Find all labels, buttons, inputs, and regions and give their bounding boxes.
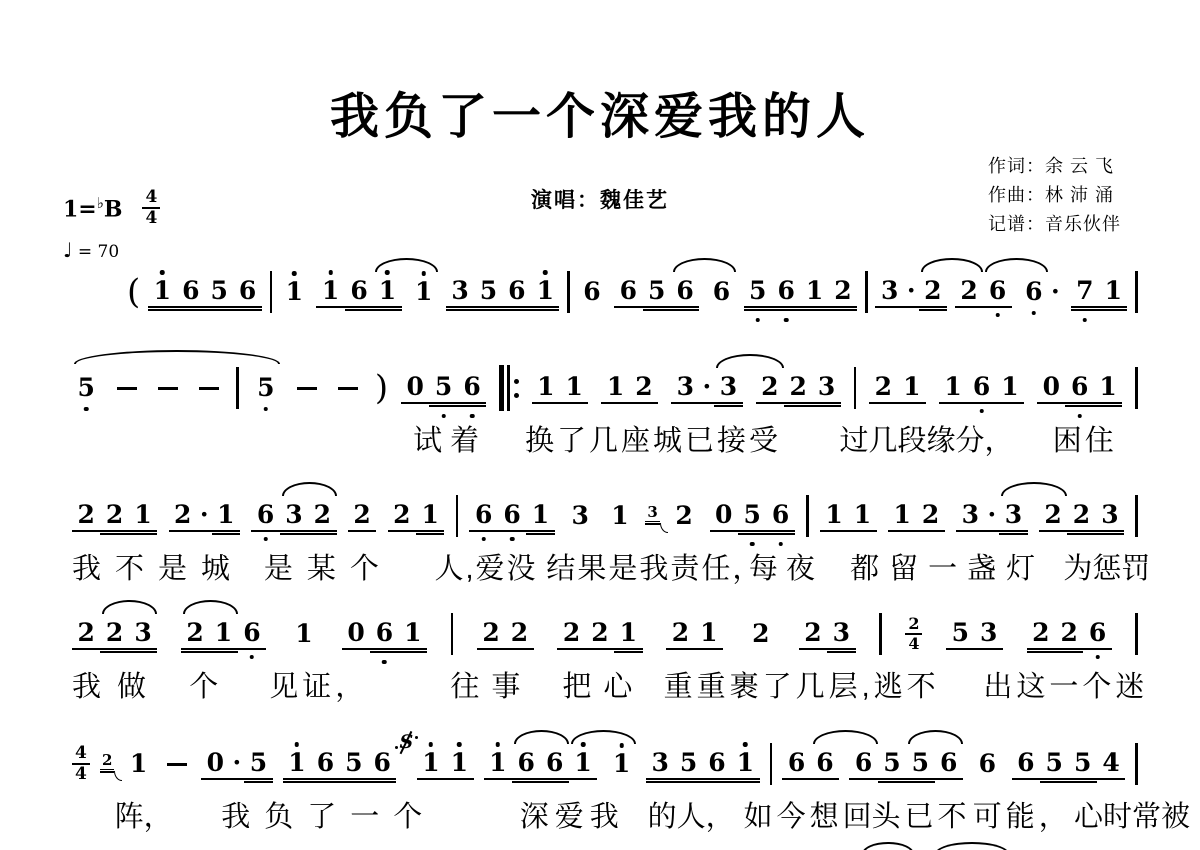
note-group: 216 (181, 618, 266, 650)
note: 7 (1071, 276, 1099, 308)
parenthesis: ) (375, 371, 388, 405)
note-group: 3·2 (875, 276, 947, 308)
note: 3 (875, 276, 903, 308)
notes-row: 2212·1632221661313205611123·3223 (72, 492, 1138, 540)
note-group: 1 (280, 277, 308, 307)
note: 6 (772, 276, 800, 308)
lyric-chunk: 把心 (562, 664, 644, 705)
lyric-chunk: 心时常被 (1074, 794, 1190, 835)
slur-arc (74, 350, 280, 364)
note: 3 (999, 500, 1027, 532)
note-group: 223 (756, 372, 841, 404)
note: 6 (811, 748, 839, 780)
note: 6 (973, 749, 1001, 779)
note: 2 (670, 501, 698, 531)
note: 2 (348, 500, 376, 532)
duration-dash (199, 387, 219, 390)
lyric-chunk: 头已不 (872, 794, 971, 835)
note: 1 (399, 618, 427, 650)
note: 1 (531, 276, 559, 308)
note: 3 (827, 618, 855, 650)
lyric-chunk: 都留一盏灯 (850, 546, 1045, 587)
note: 0 (710, 500, 738, 532)
note: 1 (148, 276, 176, 308)
note: 2 (169, 500, 197, 532)
duration-dash (158, 387, 178, 390)
low-octave-dot (84, 407, 89, 412)
note-group: 061 (1037, 372, 1122, 404)
high-octave-dot (457, 742, 462, 747)
tempo-mark: ♩ = 70 (63, 238, 119, 262)
notes-row: 55)05611123·322321161061 (72, 364, 1138, 412)
note-group: 1 (410, 277, 438, 307)
low-octave-dot (1032, 311, 1037, 316)
low-octave-dot (784, 318, 789, 323)
notes-row: 223216106122221212232453226 (72, 610, 1138, 658)
note: 1 (888, 500, 916, 532)
note: 1 (939, 372, 967, 404)
note: 6 (967, 372, 995, 404)
note: 1 (820, 500, 848, 532)
low-octave-dot (995, 313, 1000, 318)
notes-row: (16561161135616656656123·2266·71 (72, 268, 1138, 316)
note-group: 1661 (484, 748, 598, 780)
note-group: 632 (251, 500, 336, 532)
note: 6 (578, 277, 606, 307)
note: 2 (181, 618, 209, 650)
note: 1 (124, 749, 152, 779)
note: 0 (1037, 372, 1065, 404)
note: 1 (731, 748, 759, 780)
time-signature: 44 (72, 744, 90, 783)
barline (1135, 367, 1138, 409)
note: 1 (532, 372, 560, 404)
notes-row: 44210·51656S1116611356166655666554 (72, 740, 1138, 788)
note: 5 (878, 748, 906, 780)
barline (770, 743, 773, 785)
note: 5 (474, 276, 502, 308)
system-2: 55)05611123·322321161061试着换了几座城已接受过几段缘分，… (72, 364, 1138, 462)
lyric-row: 阵，我负了一个深爱我的人，如今想回头已不可能，心时常被 (72, 794, 1138, 838)
note: 5 (340, 748, 368, 780)
lyric-chunk: 结果是我责任， (546, 546, 763, 587)
lyric-chunk: 我不是城 (72, 546, 244, 587)
lyric-chunk: 试着 (413, 418, 487, 459)
note-group: 1 (290, 619, 318, 649)
note-group: 0·5 (201, 748, 273, 780)
note-group: 3 (566, 501, 594, 531)
note-group: 11 (820, 500, 877, 532)
barline (270, 271, 273, 313)
note: 1 (316, 276, 344, 308)
credit-transcriber: 记谱：音乐伙伴 (988, 210, 1121, 239)
note: 1 (848, 500, 876, 532)
note: 2 (1067, 500, 1095, 532)
lyric-chunk: 我负了一个 (221, 794, 436, 835)
note: 2 (477, 618, 505, 650)
system-3: 2212·1632221661313205611123·3223我不是城是某个人… (72, 492, 1138, 590)
barline (236, 367, 239, 409)
duration-dash (167, 763, 187, 766)
note-group: 5 (252, 373, 280, 403)
barline (1135, 271, 1138, 313)
note: 2 (916, 500, 944, 532)
slur-arc (985, 258, 1048, 272)
note-group: 6· (1020, 277, 1063, 307)
note: 6 (782, 748, 810, 780)
meter-fraction: 44 (142, 188, 160, 227)
note: 6 (614, 276, 642, 308)
note: 1 (695, 618, 723, 650)
slur-arc (1001, 482, 1067, 496)
note: 6 (983, 276, 1011, 308)
high-octave-dot (743, 742, 748, 747)
note: 3 (1096, 500, 1124, 532)
low-octave-dot (481, 537, 486, 542)
duration-dash (117, 387, 137, 390)
lyric-chunk: 可能， (973, 794, 1072, 835)
note-group: 5612 (744, 276, 858, 308)
lyric-chunk: 个 (189, 664, 218, 705)
lyric-chunk: 为惩罚 (1063, 546, 1150, 587)
barline (1135, 743, 1138, 785)
augmentation-dot: · (904, 276, 919, 308)
slur-arc (375, 258, 438, 272)
note: 6 (1020, 277, 1048, 307)
time-signature-top: 2 (905, 615, 922, 635)
note-group: 71 (1071, 276, 1128, 308)
augmentation-dot: · (230, 748, 245, 780)
slur-arc (514, 730, 569, 744)
note-group: 21 (388, 500, 445, 532)
note-group: 11 (532, 372, 589, 404)
lyric-chunk: 我做 (72, 664, 162, 705)
note-group: 221 (72, 500, 157, 532)
note: 6 (935, 748, 963, 780)
low-octave-dot (263, 537, 268, 542)
note: 6 (703, 748, 731, 780)
barline (1135, 613, 1138, 655)
credits-block: 作词：余 云 飞 作曲：林 沛 涌 记谱：音乐伙伴 (988, 152, 1121, 239)
note: 3 (280, 500, 308, 532)
slur-arc (282, 482, 337, 496)
lyric-chunk: 是某个 (264, 546, 393, 587)
grace-hook-icon (660, 523, 668, 533)
repeat-begin-sign (499, 364, 519, 412)
note-group: 3561 (646, 748, 760, 780)
barline (567, 271, 570, 313)
low-octave-dot (979, 409, 984, 414)
note: 1 (898, 372, 926, 404)
note: 2 (586, 618, 614, 650)
note: 6 (233, 276, 261, 308)
sheet-music-page: 我负了一个深爱我的人 演唱：魏佳艺 作词：余 云 飞 作曲：林 沛 涌 记谱：音… (0, 0, 1200, 850)
note: 1 (212, 500, 240, 532)
segno-dot (395, 746, 398, 749)
note: 6 (766, 500, 794, 532)
note: 2 (829, 276, 857, 308)
lyric-chunk: 如今想回 (744, 794, 876, 835)
note: 6 (469, 500, 497, 532)
note: 3 (671, 372, 699, 404)
note: 2 (72, 500, 100, 532)
time-signature: 24 (905, 615, 922, 652)
note: 2 (747, 619, 775, 649)
note: 2 (955, 276, 983, 308)
note: 1 (283, 748, 311, 780)
note: 5 (1040, 748, 1068, 780)
note: 3 (956, 500, 984, 532)
note: 6 (345, 276, 373, 308)
high-octave-dot (292, 271, 297, 276)
note-group: 1 (606, 501, 634, 531)
high-octave-dot (160, 270, 165, 275)
note: 5 (72, 373, 100, 403)
key-text: 1=♭B (63, 194, 122, 222)
slur-arc (571, 730, 636, 744)
note-group: 056 (401, 372, 486, 404)
note: 1 (416, 500, 444, 532)
note-group: 12 (601, 372, 658, 404)
system-4: 223216106122221212232453226我做个见证，往事把心重重裹… (72, 610, 1138, 708)
note: 2 (1039, 500, 1067, 532)
slur-arc (673, 258, 736, 272)
note: 1 (1094, 372, 1122, 404)
low-octave-dot (264, 407, 269, 412)
note: 5 (906, 748, 934, 780)
note: 6 (238, 618, 266, 650)
note: 6 (512, 748, 540, 780)
barline (451, 613, 454, 655)
note: 2 (630, 372, 658, 404)
lyric-chunk: 往事 (450, 664, 532, 705)
note: 5 (643, 276, 671, 308)
credit-composer: 作曲：林 沛 涌 (988, 181, 1121, 210)
note-group: 32 (645, 501, 698, 531)
note-group: 6554 (1012, 748, 1126, 780)
low-octave-dot (756, 318, 761, 323)
lyric-row: 试着换了几座城已接受过几段缘分，困住 (72, 418, 1138, 462)
note-group: 2 (747, 619, 775, 649)
lyric-chunk: 的人， (648, 794, 735, 835)
note-group: 3·3 (671, 372, 743, 404)
lyric-chunk: 换了几座城已接受 (525, 418, 781, 459)
note: 2 (100, 500, 128, 532)
note-group: 21 (100, 749, 153, 779)
high-octave-dot (328, 270, 333, 275)
note: 1 (410, 277, 438, 307)
note: 1 (290, 619, 318, 649)
note: 3 (975, 618, 1003, 650)
note-group: 66 (782, 748, 839, 780)
note: 1 (601, 372, 629, 404)
slur-arc (921, 258, 984, 272)
note: 1 (526, 500, 554, 532)
note: 5 (946, 618, 974, 650)
lyric-chunk: 见证， (269, 664, 368, 705)
augmentation-dot: · (1048, 277, 1063, 307)
duration-dash (297, 387, 317, 390)
note: 6 (671, 276, 699, 308)
lyric-chunk: 阵， (115, 794, 173, 835)
lyric-chunk: 每夜 (749, 546, 823, 587)
time-signature-bottom: 4 (75, 765, 87, 784)
note: 0 (401, 372, 429, 404)
grace-note: 3 (645, 503, 659, 522)
note: 3 (566, 501, 594, 531)
time-signature-bottom: 4 (908, 635, 919, 653)
lyric-chunk: 出这一个迷 (983, 664, 1148, 705)
slur-arc (908, 730, 963, 744)
lyric-chunk: 困住 (1053, 418, 1117, 459)
note-group: 1 (607, 749, 635, 779)
high-octave-dot (429, 742, 434, 747)
note: 5 (674, 748, 702, 780)
note: 1 (800, 276, 828, 308)
barline (456, 495, 459, 537)
note-group: 661 (469, 500, 554, 532)
note: 6 (1012, 748, 1040, 780)
song-title: 我负了一个深爱我的人 (0, 78, 1200, 148)
note: 3 (714, 372, 742, 404)
note: 2 (308, 500, 336, 532)
note: 1 (129, 500, 157, 532)
note: 1 (607, 749, 635, 779)
note-group: 1656 (148, 276, 262, 308)
note: 1 (1099, 276, 1127, 308)
note: 6 (498, 500, 526, 532)
note: 5 (244, 748, 272, 780)
note-group: 3·3 (956, 500, 1028, 532)
note: 6 (458, 372, 486, 404)
note: 2 (388, 500, 416, 532)
note: 5 (429, 372, 457, 404)
note: 1 (445, 748, 473, 780)
high-octave-dot (543, 270, 548, 275)
grace-note: 2 (100, 751, 114, 770)
note: 3 (646, 748, 674, 780)
note: 2 (666, 618, 694, 650)
note-group: 6556 (849, 748, 963, 780)
slur-arc (716, 354, 784, 368)
augmentation-dot: · (984, 500, 999, 532)
note-group: 5 (72, 373, 100, 403)
note: 5 (738, 500, 766, 532)
note-group: 223 (1039, 500, 1124, 532)
note: 1 (614, 618, 642, 650)
note: 2 (869, 372, 897, 404)
repeat-dots (514, 379, 519, 398)
note: 6 (1065, 372, 1093, 404)
note-group: 161 (939, 372, 1024, 404)
note-group: 221 (557, 618, 642, 650)
note: 1 (606, 501, 634, 531)
system-5: 44210·51656S1116611356166655666554阵，我负了一… (72, 740, 1138, 838)
note: 2 (799, 618, 827, 650)
high-octave-dot (295, 742, 300, 747)
note-group: 2 (348, 500, 376, 532)
note: 3 (446, 276, 474, 308)
parenthesis: ( (127, 275, 140, 309)
slur-arc (102, 600, 157, 614)
repeat-thick-bar (499, 365, 504, 411)
segno-slash (399, 731, 411, 754)
note-group: 12 (888, 500, 945, 532)
note-group: 3561 (446, 276, 560, 308)
lyric-row: 我做个见证，往事把心重重裹了几层,逃不出这一个迷 (72, 664, 1138, 708)
slur-arc (183, 600, 238, 614)
note: 2 (756, 372, 784, 404)
flat-icon: ♭ (97, 194, 104, 212)
note: 2 (557, 618, 585, 650)
low-octave-dot (1083, 318, 1088, 323)
note: 6 (368, 748, 396, 780)
note-group: 6 (973, 749, 1001, 779)
note-group: 056 (710, 500, 795, 532)
note-group: 53 (946, 618, 1003, 650)
segno-dot (415, 736, 418, 739)
note: 6 (177, 276, 205, 308)
note: 4 (1097, 748, 1125, 780)
note: 6 (707, 277, 735, 307)
note-group: 1656 (283, 748, 397, 780)
note: 5 (744, 276, 772, 308)
note-group: 11 (417, 748, 474, 780)
note: 6 (1083, 618, 1111, 650)
augmentation-dot: · (197, 500, 212, 532)
time-signature-top: 4 (72, 744, 90, 765)
note-group: 656 (614, 276, 699, 308)
note: 6 (311, 748, 339, 780)
note-group: 6 (707, 277, 735, 307)
lyric-chunk: 重重裹了几层,逃不 (664, 664, 940, 705)
augmentation-dot: · (700, 372, 715, 404)
note-group: 161 (316, 276, 401, 308)
note: 2 (72, 618, 100, 650)
key-signature: 1=♭B 44 (63, 188, 160, 227)
note: 2 (1027, 618, 1055, 650)
note: 2 (919, 276, 947, 308)
clipped-next-line-slur-arc (862, 842, 914, 850)
barline (1135, 495, 1138, 537)
barline (865, 271, 868, 313)
note: 2 (1055, 618, 1083, 650)
barline (806, 495, 809, 537)
note: 3 (129, 618, 157, 650)
note-group: 2·1 (169, 500, 241, 532)
note: 1 (484, 748, 512, 780)
note: 1 (996, 372, 1024, 404)
repeat-thin-bar (507, 365, 510, 411)
system-1-intro: (16561161135616656656123·2266·71 (72, 268, 1138, 316)
duration-dash (338, 387, 358, 390)
lyric-chunk: 人,爱没 (434, 546, 537, 587)
note: 2 (784, 372, 812, 404)
low-octave-dot (1095, 655, 1100, 660)
lyric-chunk: 过几段缘分， (840, 418, 1014, 459)
note: 1 (417, 748, 445, 780)
barline (854, 367, 857, 409)
note-group: 223 (72, 618, 157, 650)
low-octave-dot (510, 537, 515, 542)
segno-icon: S (400, 733, 414, 752)
lyric-row: 我不是城是某个人,爱没结果是我责任，每夜都留一盏灯为惩罚 (72, 546, 1138, 590)
note-group: 6 (578, 277, 606, 307)
lyric-chunk: 深爱我 (520, 794, 625, 835)
grace-hook-icon (114, 771, 122, 781)
note: 2 (505, 618, 533, 650)
note: 1 (560, 372, 588, 404)
